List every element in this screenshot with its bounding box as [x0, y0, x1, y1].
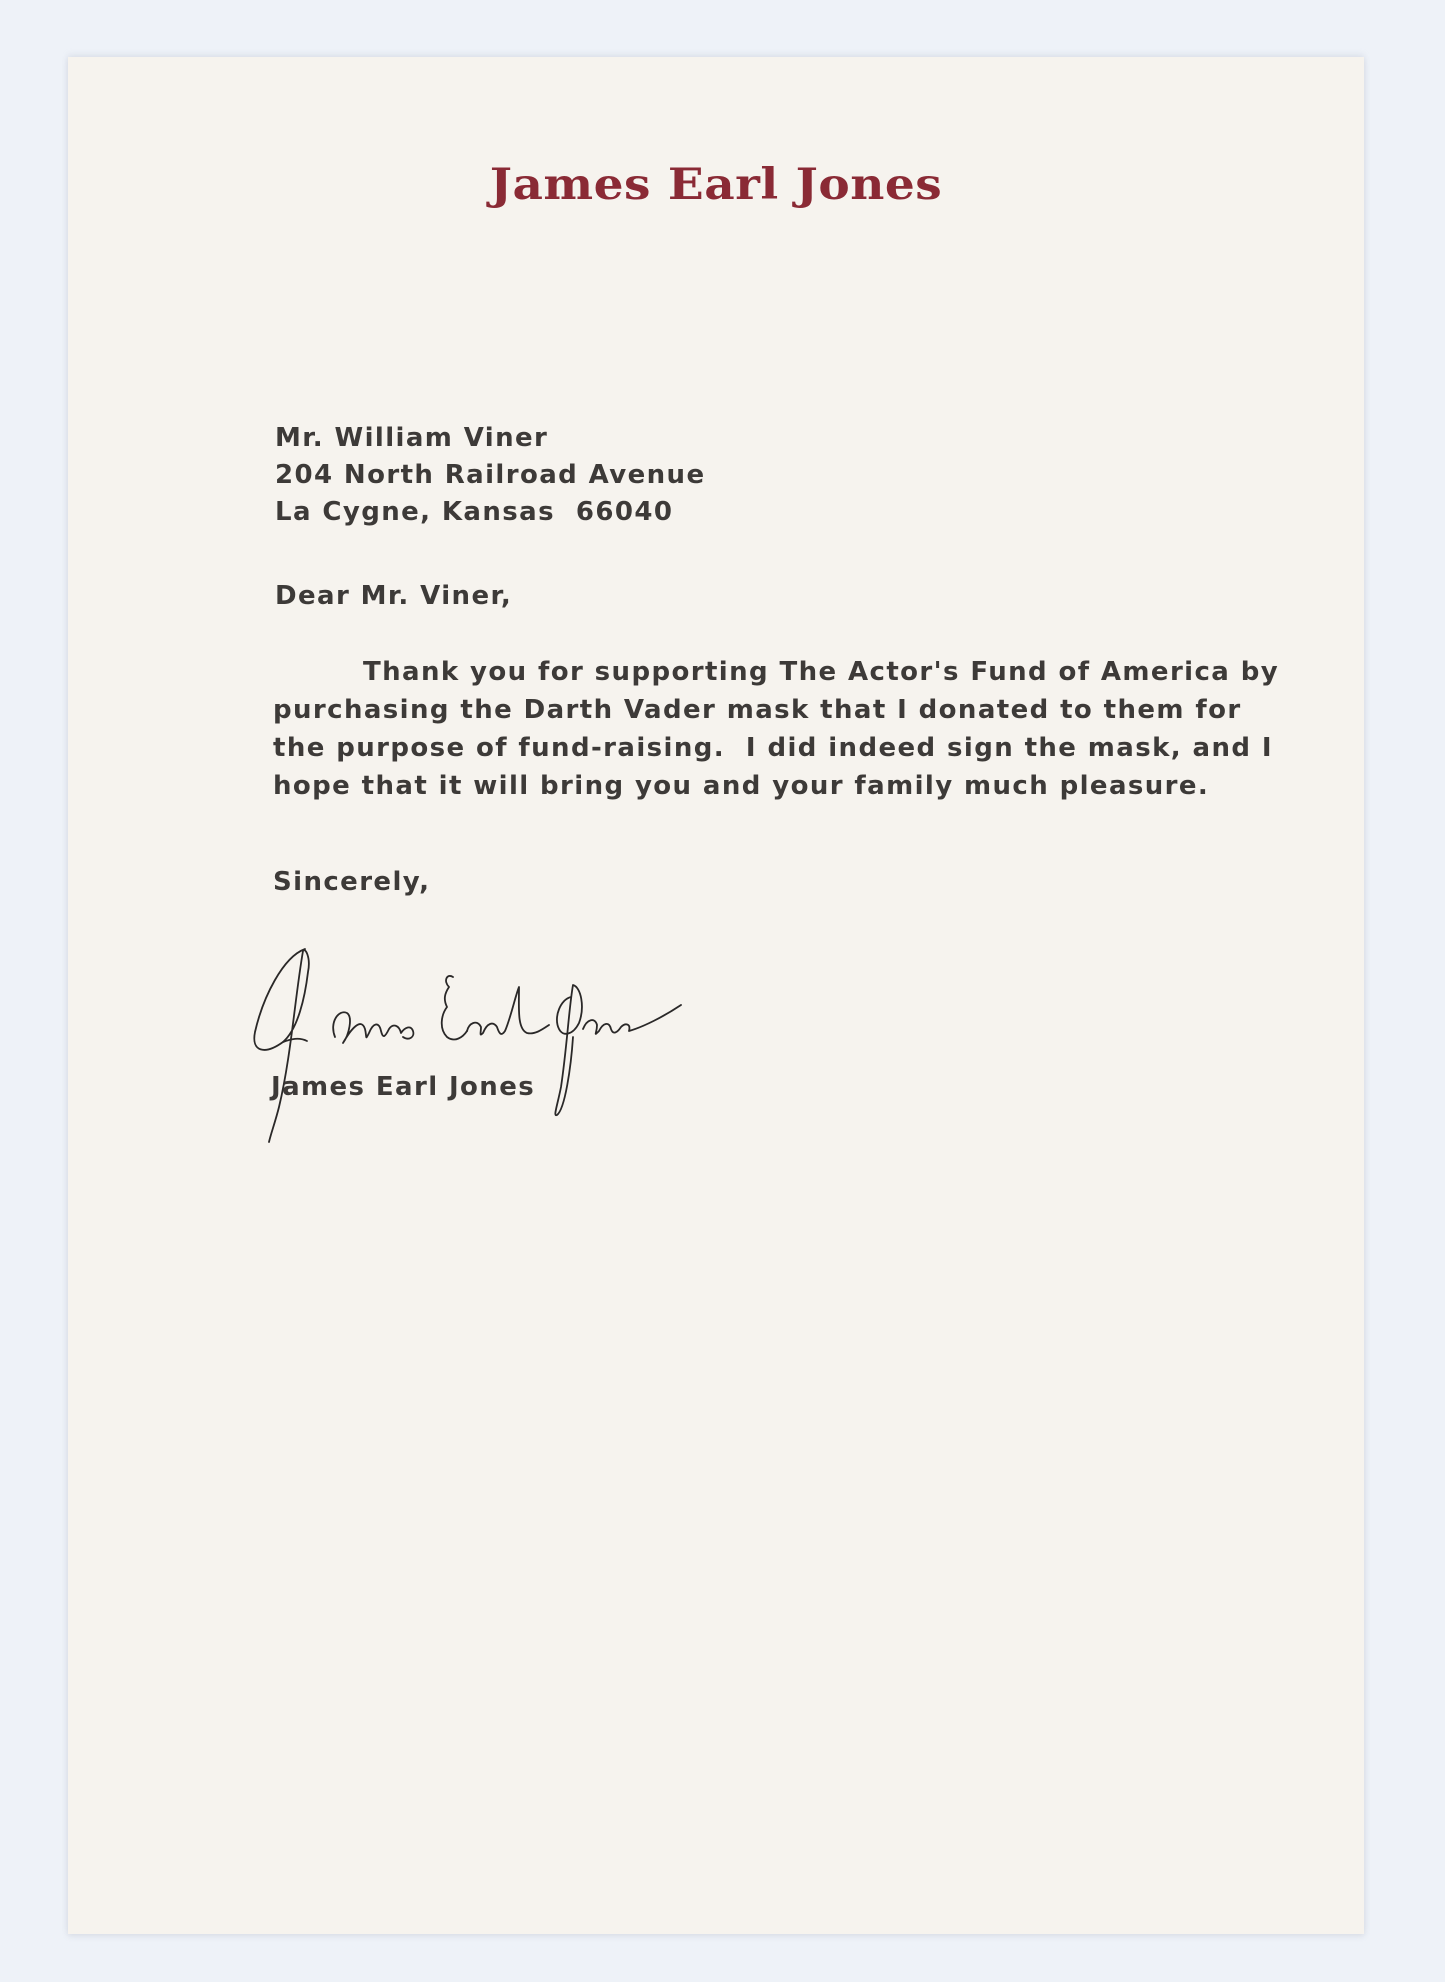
recipient-street: 204 North Railroad Avenue [275, 457, 705, 494]
recipient-address: Mr. William Viner 204 North Railroad Ave… [275, 420, 705, 531]
salutation: Dear Mr. Viner, [275, 578, 512, 615]
letter-page: James Earl Jones Mr. William Viner 204 N… [68, 57, 1364, 1934]
body-line: purchasing the Darth Vader mask that I d… [273, 691, 1373, 729]
typed-signature-name: James Earl Jones [271, 1069, 535, 1106]
closing: Sincerely, [273, 864, 430, 901]
recipient-name: Mr. William Viner [275, 420, 705, 457]
letter-body: Thank you for supporting The Actor's Fun… [273, 653, 1373, 805]
body-line: hope that it will bring you and your fam… [273, 767, 1373, 805]
recipient-city-state-zip: La Cygne, Kansas 66040 [275, 494, 705, 531]
body-line: Thank you for supporting The Actor's Fun… [273, 653, 1373, 691]
body-line: the purpose of fund-raising. I did indee… [273, 729, 1373, 767]
signature-icon [243, 937, 683, 1152]
letterhead-title: James Earl Jones [68, 159, 1364, 210]
